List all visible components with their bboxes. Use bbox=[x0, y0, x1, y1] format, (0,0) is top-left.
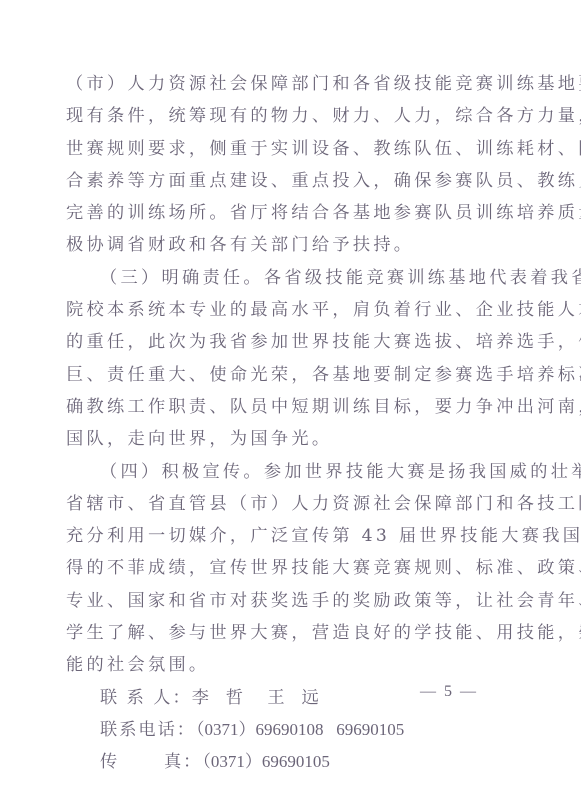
paragraph-line: 充分利用一切媒介，广泛宣传第 43 届世界技能大赛我国选手取 bbox=[66, 520, 490, 552]
contact-phone-label: 联系电话： bbox=[100, 720, 196, 740]
contact-person-label: 联 系 人： bbox=[100, 688, 192, 708]
paragraph-line: 学生了解、参与世界大赛，营造良好的学技能、用技能，崇尚技 bbox=[66, 617, 490, 649]
contact-phone-value: （0371）69690108 69690105 bbox=[196, 720, 404, 739]
paragraph-line: 极协调省财政和各有关部门给予扶持。 bbox=[66, 229, 490, 261]
paragraph-line: 合素养等方面重点建设、重点投入，确保参赛队员、教练员有较 bbox=[66, 165, 490, 197]
paragraph-line: 确教练工作职责、队员中短期训练目标，要力争冲出河南，入选 bbox=[66, 391, 490, 423]
document-body: （市）人力资源社会保障部门和各省级技能竞赛训练基地要立足 现有条件，统筹现有的物… bbox=[66, 68, 490, 779]
contact-fax-label: 传 真： bbox=[100, 752, 202, 772]
document-page: （市）人力资源社会保障部门和各省级技能竞赛训练基地要立足 现有条件，统筹现有的物… bbox=[0, 0, 581, 800]
section-heading-line: （三）明确责任。各省级技能竞赛训练基地代表着我省技工 bbox=[66, 262, 490, 294]
paragraph-line: 能的社会氛围。 bbox=[66, 649, 490, 681]
contact-fax: 传 真：（0371）69690105 bbox=[66, 746, 490, 778]
paragraph-line: 得的不菲成绩，宣传世界技能大赛竞赛规则、标准、政策、竞赛 bbox=[66, 552, 490, 584]
paragraph-line: 省辖市、省直管县（市）人力资源社会保障部门和各技工院校要 bbox=[66, 488, 490, 520]
contact-phone: 联系电话：（0371）69690108 69690105 bbox=[66, 714, 490, 746]
paragraph-line: 完善的训练场所。省厅将结合各基地参赛队员训练培养质量，积 bbox=[66, 197, 490, 229]
paragraph-line: 世赛规则要求，侧重于实训设备、教练队伍、训练耗材、队员综 bbox=[66, 133, 490, 165]
section-heading-line: （四）积极宣传。参加世界技能大赛是扬我国威的壮举。各 bbox=[66, 456, 490, 488]
contact-fax-value: （0371）69690105 bbox=[202, 752, 330, 771]
paragraph-line: （市）人力资源社会保障部门和各省级技能竞赛训练基地要立足 bbox=[66, 68, 490, 100]
contact-person-value: 李 哲 王 远 bbox=[192, 688, 321, 708]
paragraph-line: 现有条件，统筹现有的物力、财力、人力，综合各方力量，针对 bbox=[66, 100, 490, 132]
page-number: — 5 — bbox=[420, 683, 478, 701]
paragraph-line: 专业、国家和省市对获奖选手的奖励政策等，让社会青年、学校 bbox=[66, 585, 490, 617]
paragraph-line: 院校本系统本专业的最高水平，肩负着行业、企业技能人才培养 bbox=[66, 294, 490, 326]
paragraph-line: 巨、责任重大、使命光荣，各基地要制定参赛选手培养标准，明 bbox=[66, 359, 490, 391]
paragraph-line: 国队，走向世界，为国争光。 bbox=[66, 423, 490, 455]
paragraph-line: 的重任，此次为我省参加世界技能大赛选拔、培养选手，任务艰 bbox=[66, 326, 490, 358]
